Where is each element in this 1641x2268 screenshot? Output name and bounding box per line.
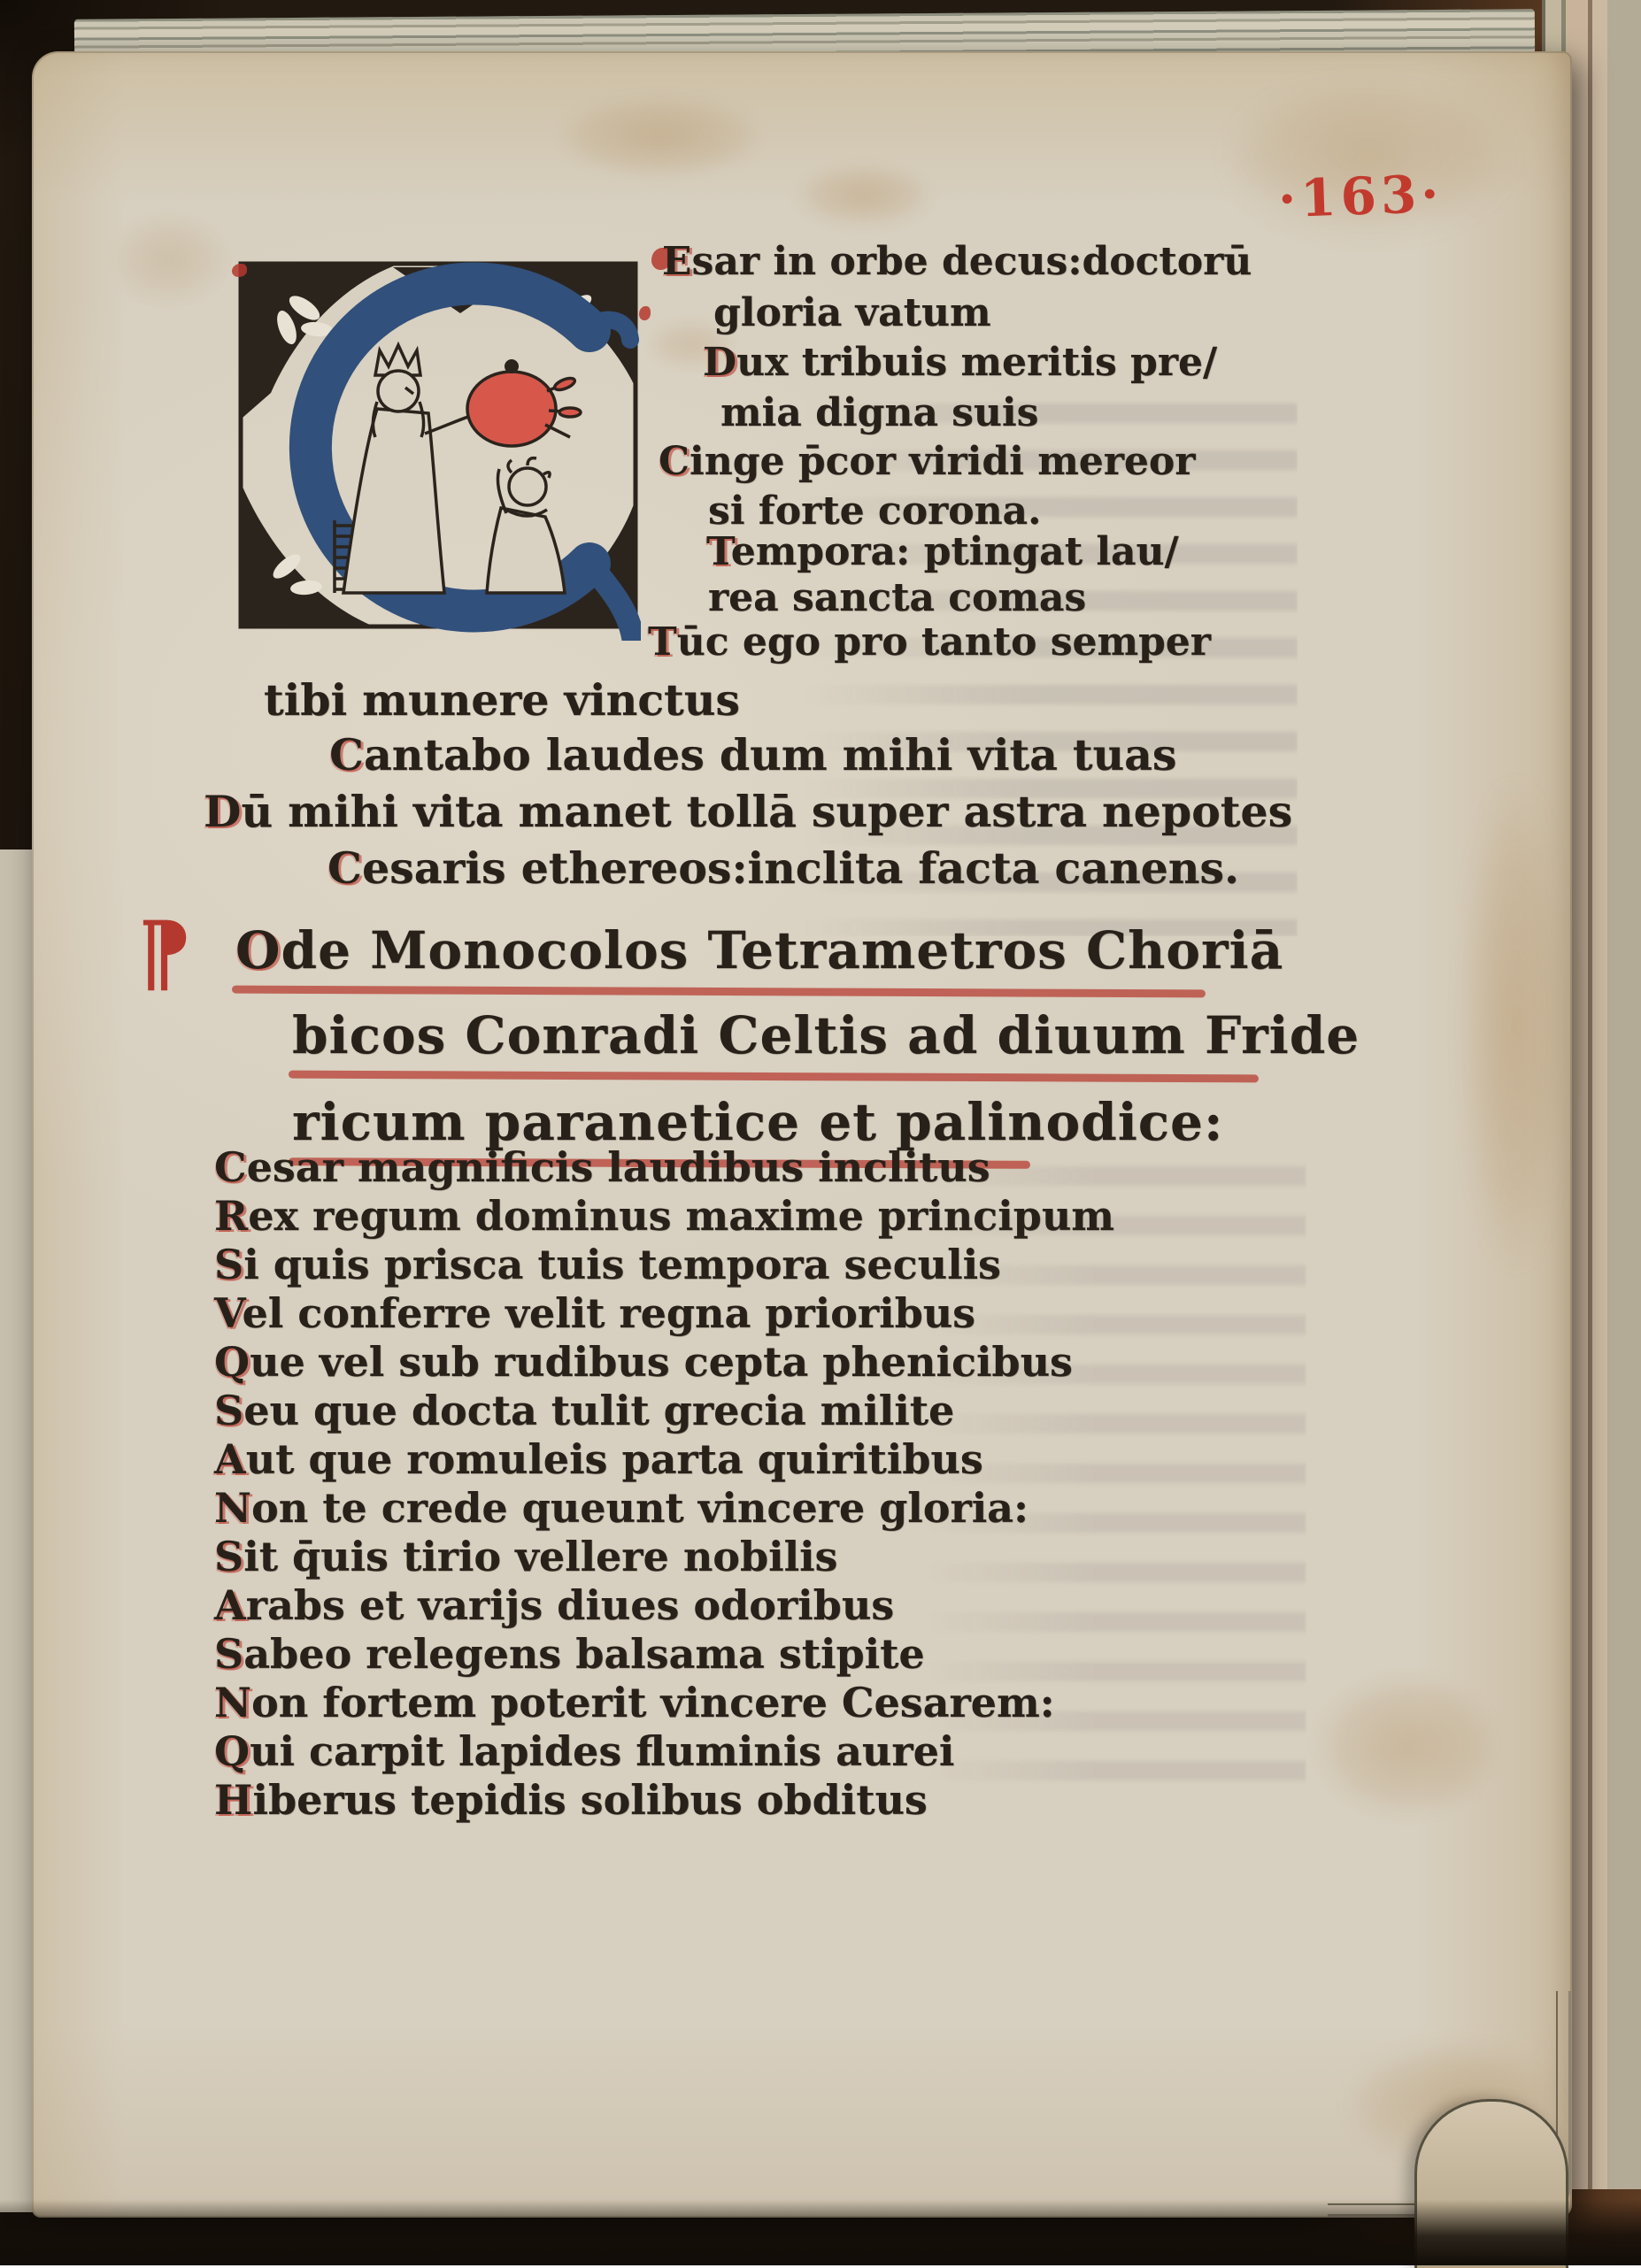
poem-line: Non fortem poterit vincere Cesarem: [214,1679,1114,1727]
poem-line: Qui carpit lapides fluminis aurei [214,1727,1114,1776]
red-ink-speck [639,306,651,320]
poem-line: Cesar magnificis laudibus inclitus [214,1143,1114,1192]
rubric-pilcrow-icon: ¶ [138,903,192,1003]
red-ink-speck [232,264,247,277]
poet-figure [487,458,565,593]
verse-line: Cantabo laudes dum mihi vita tuas [329,729,1177,780]
verse-line: si forte corona. [708,488,1041,534]
verse-line: rea sancta comas [708,575,1086,620]
poem-line: Vel conferre velit regna prioribus [214,1289,1114,1338]
poem-line: Arabs et varijs diues odoribus [214,1581,1114,1630]
poem-line: Rex regum dominus maxime principum [214,1192,1114,1241]
poem-line: Non te crede queunt vincere gloria: [214,1484,1114,1533]
book-page: ·163· C [32,51,1572,2218]
foxing-stain [528,83,793,189]
verse-line: mia digna suis [720,390,1038,435]
woodcut-scene [335,345,581,593]
heading-line: bicos Conradi Celtis ad diuum Fride [292,1005,1360,1065]
foxing-stain [94,202,244,317]
poem-line: Sit q̄uis tirio vellere nobilis [214,1533,1114,1581]
poem-line: Aut que romuleis parta quiritibus [214,1435,1114,1484]
woodcut-illustration [235,258,641,641]
foxing-stain [1448,706,1581,1343]
verse-line: Dū mihi vita manet tollā super astra nep… [204,786,1292,837]
verse-line: Tūc ego pro tanto semper [648,619,1211,665]
woodcut-initial: C [235,258,641,641]
book-photo: ·163· C [0,0,1641,2265]
poem-line: Hiberus tepidis solibus obditus [214,1776,1114,1825]
foxing-stain [1289,1653,1528,1839]
verse-line: gloria vatum [713,290,991,335]
verse-line: Cinge p̄cor viridi mereor [659,439,1195,484]
poem-line: Seu que docta tulit grecia milite [214,1387,1114,1435]
folio-number: ·163· [1277,164,1445,229]
poem-line: Sabeo relegens balsama stipite [214,1630,1114,1679]
poem-line: Si quis prisca tuis tempora seculis [214,1241,1114,1289]
verse-line: Esar in orbe decus:doctorū [662,239,1252,284]
verse-line: Tempora: ptingat lau/ [706,529,1179,574]
foxing-stain [1183,57,1554,260]
bottom-shadow [0,2200,1641,2265]
emperor-figure [343,345,498,593]
verse-line: Cesaris ethereos:inclita facta canens. [327,842,1239,894]
poem-line: Que vel sub rudibus cepta phenicibus [214,1338,1114,1387]
verse-line: Dux tribuis meritis pre/ [703,340,1217,385]
foxing-stain [775,156,952,235]
heading-line: Ode Monocolos Tetrametros Choriā [235,920,1283,980]
laurel-wreath [467,359,581,446]
verse-line: tibi munere vinctus [264,674,740,726]
poem-block: Cesar magnificis laudibus inclitus Rex r… [214,1143,1114,1825]
